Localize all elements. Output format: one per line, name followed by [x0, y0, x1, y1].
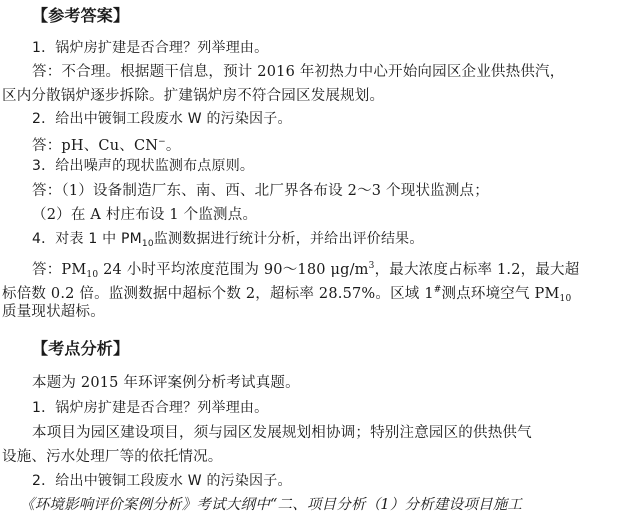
- analysis-question-2-line-1: 《环境影响评价案例分析》考试大纲中“二、项目分析（1）分析建设项目施工: [20, 495, 522, 515]
- title-text: 监测数据进行统计分析，并给出评价结果。: [154, 231, 424, 247]
- question-2-answer: 答：pH、Cu、CN−。: [32, 132, 181, 156]
- question-4-answer-line-3: 质量现状超标。: [2, 302, 105, 322]
- question-1-title: 1．锅炉房扩建是否合理？列举理由。: [32, 38, 268, 58]
- subscript: 10: [86, 270, 98, 280]
- question-2-title: 2．给出中镀铜工段废水 W 的污染因子。: [32, 109, 292, 129]
- question-1-answer-line-1: 答：不合理。根据题干信息，预计 2016 年初热力中心开始向园区企业供热供汽，: [32, 62, 564, 82]
- answer-text: 。: [166, 138, 181, 154]
- analysis-intro: 本题为 2015 年环评案例分析考试真题。: [32, 373, 300, 393]
- analysis-question-1-line-2: 设施、污水处理厂等的依托情况。: [2, 447, 223, 467]
- answer-text: 答：PM: [32, 262, 86, 278]
- subscript: 10: [142, 239, 154, 249]
- answer-text: ，最大浓度占标率 1.2，最大超: [375, 262, 580, 278]
- subscript: 10: [560, 294, 572, 304]
- question-4-title: 4．对表 1 中 PM10监测数据进行统计分析，并给出评价结果。: [32, 229, 424, 254]
- superscript: −: [158, 137, 166, 147]
- answer-heading: 【参考答案】: [32, 6, 129, 26]
- question-3-title: 3．给出噪声的现状监测布点原则。: [32, 156, 254, 176]
- answer-text: 答：pH、Cu、CN: [32, 138, 158, 154]
- question-3-answer-line-2: （2）在 A 村庄布设 1 个监测点。: [32, 205, 257, 225]
- answer-text: 标倍数 0.2 倍。监测数据中超标个数 2，超标率 28.57%。区域 1: [2, 286, 434, 302]
- question-3-answer-line-1: 答：（1）设备制造厂东、南、西、北厂界各布设 2～3 个现状监测点；: [32, 181, 489, 201]
- analysis-heading: 【考点分析】: [32, 339, 129, 359]
- answer-text: 测点环境空气 PM: [442, 286, 560, 302]
- superscript: #: [434, 285, 442, 295]
- analysis-question-1-line-1: 本项目为园区建设项目，须与园区发展规划相协调；特别注意园区的供热供气: [32, 423, 532, 443]
- question-1-answer-line-2: 区内分散锅炉逐步拆除。扩建锅炉房不符合园区发展规划。: [2, 86, 384, 106]
- analysis-question-1-title: 1．锅炉房扩建是否合理？列举理由。: [32, 398, 268, 418]
- analysis-question-2-title: 2．给出中镀铜工段废水 W 的污染因子。: [32, 471, 292, 491]
- answer-text: 24 小时平均浓度范围为 90～180 μg/m: [98, 262, 368, 278]
- title-text: 4．对表 1 中 PM: [32, 231, 142, 247]
